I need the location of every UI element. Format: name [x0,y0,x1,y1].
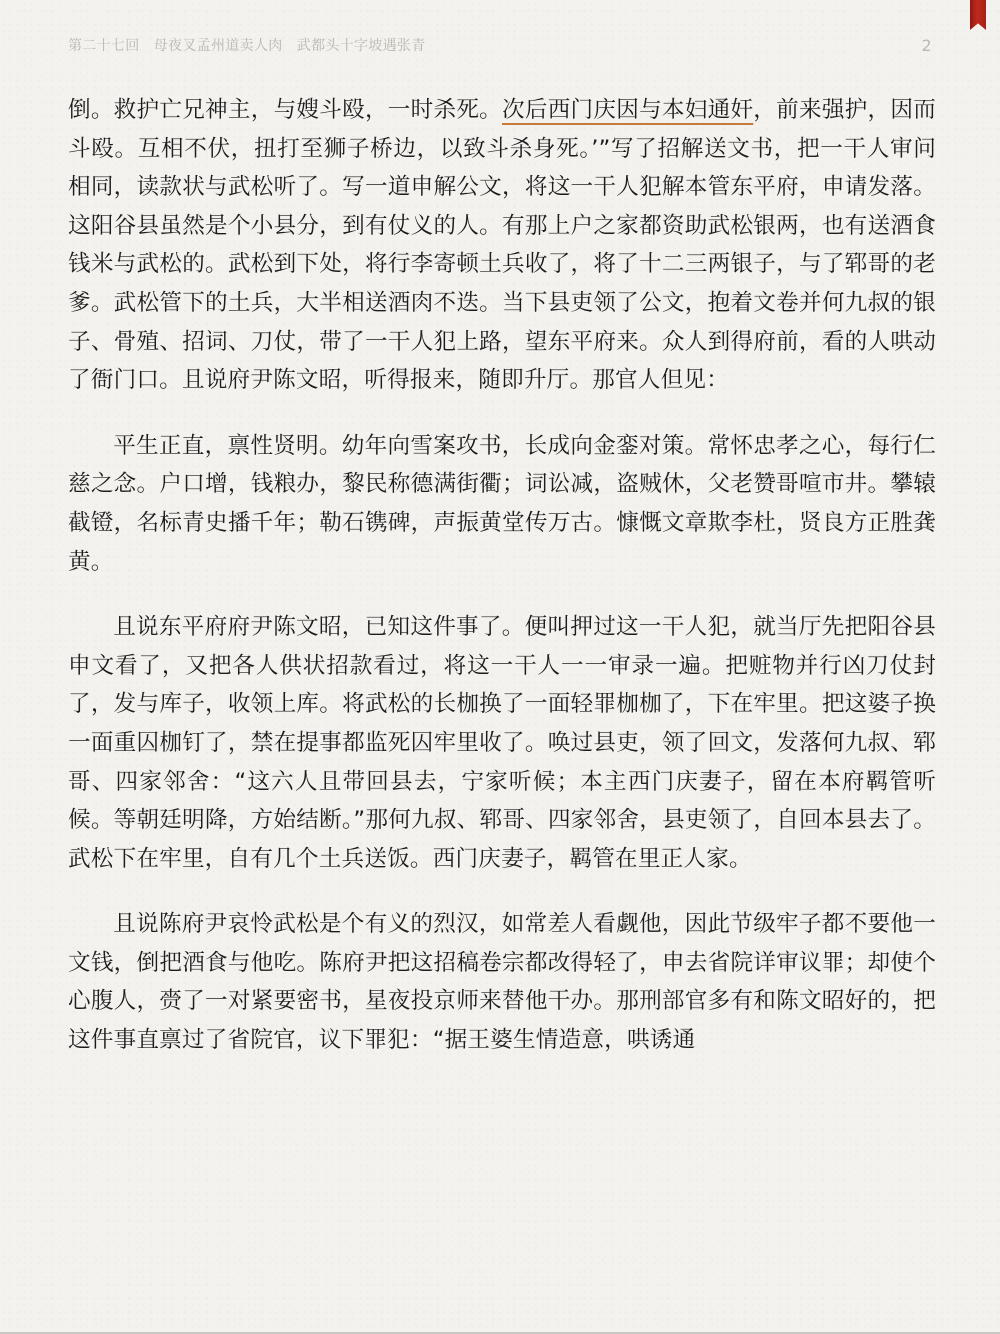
paragraph[interactable]: 且说东平府府尹陈文昭，已知这件事了。便叫押过这一干人犯，就当厅先把阳谷县申文看了… [68,608,936,878]
paragraph[interactable]: 且说陈府尹哀怜武松是个有义的烈汉，如常差人看觑他，因此节级牢子都不要他一文钱，倒… [68,905,936,1059]
highlighted-text[interactable]: 次后西门庆因与本妇通奸 [502,97,753,123]
book-page-content: 倒。救护亡兄神主，与嫂斗殴，一时杀死。次后西门庆因与本妇通奸，前来强护，因而斗殴… [68,91,936,1087]
paragraph[interactable]: 倒。救护亡兄神主，与嫂斗殴，一时杀死。次后西门庆因与本妇通奸，前来强护，因而斗殴… [68,91,936,400]
paragraph[interactable]: 平生正直，禀性贤明。幼年向雪案攻书，长成向金銮对策。常怀忠孝之心，每行仁慈之念。… [68,427,936,581]
page-number: 2 [922,36,932,55]
bookmark-ribbon-icon[interactable] [970,0,986,30]
text-run: ，前来强护，因而斗殴。互相不伏，扭打至狮子桥边，以致斗杀身死。’”写了招解送文书… [68,97,936,393]
chapter-title: 第二十七回 母夜叉孟州道卖人肉 武都头十字坡遇张青 [68,35,426,55]
text-run: 倒。救护亡兄神主，与嫂斗殴，一时杀死。 [68,97,502,123]
page-header: 第二十七回 母夜叉孟州道卖人肉 武都头十字坡遇张青 2 [68,33,932,57]
